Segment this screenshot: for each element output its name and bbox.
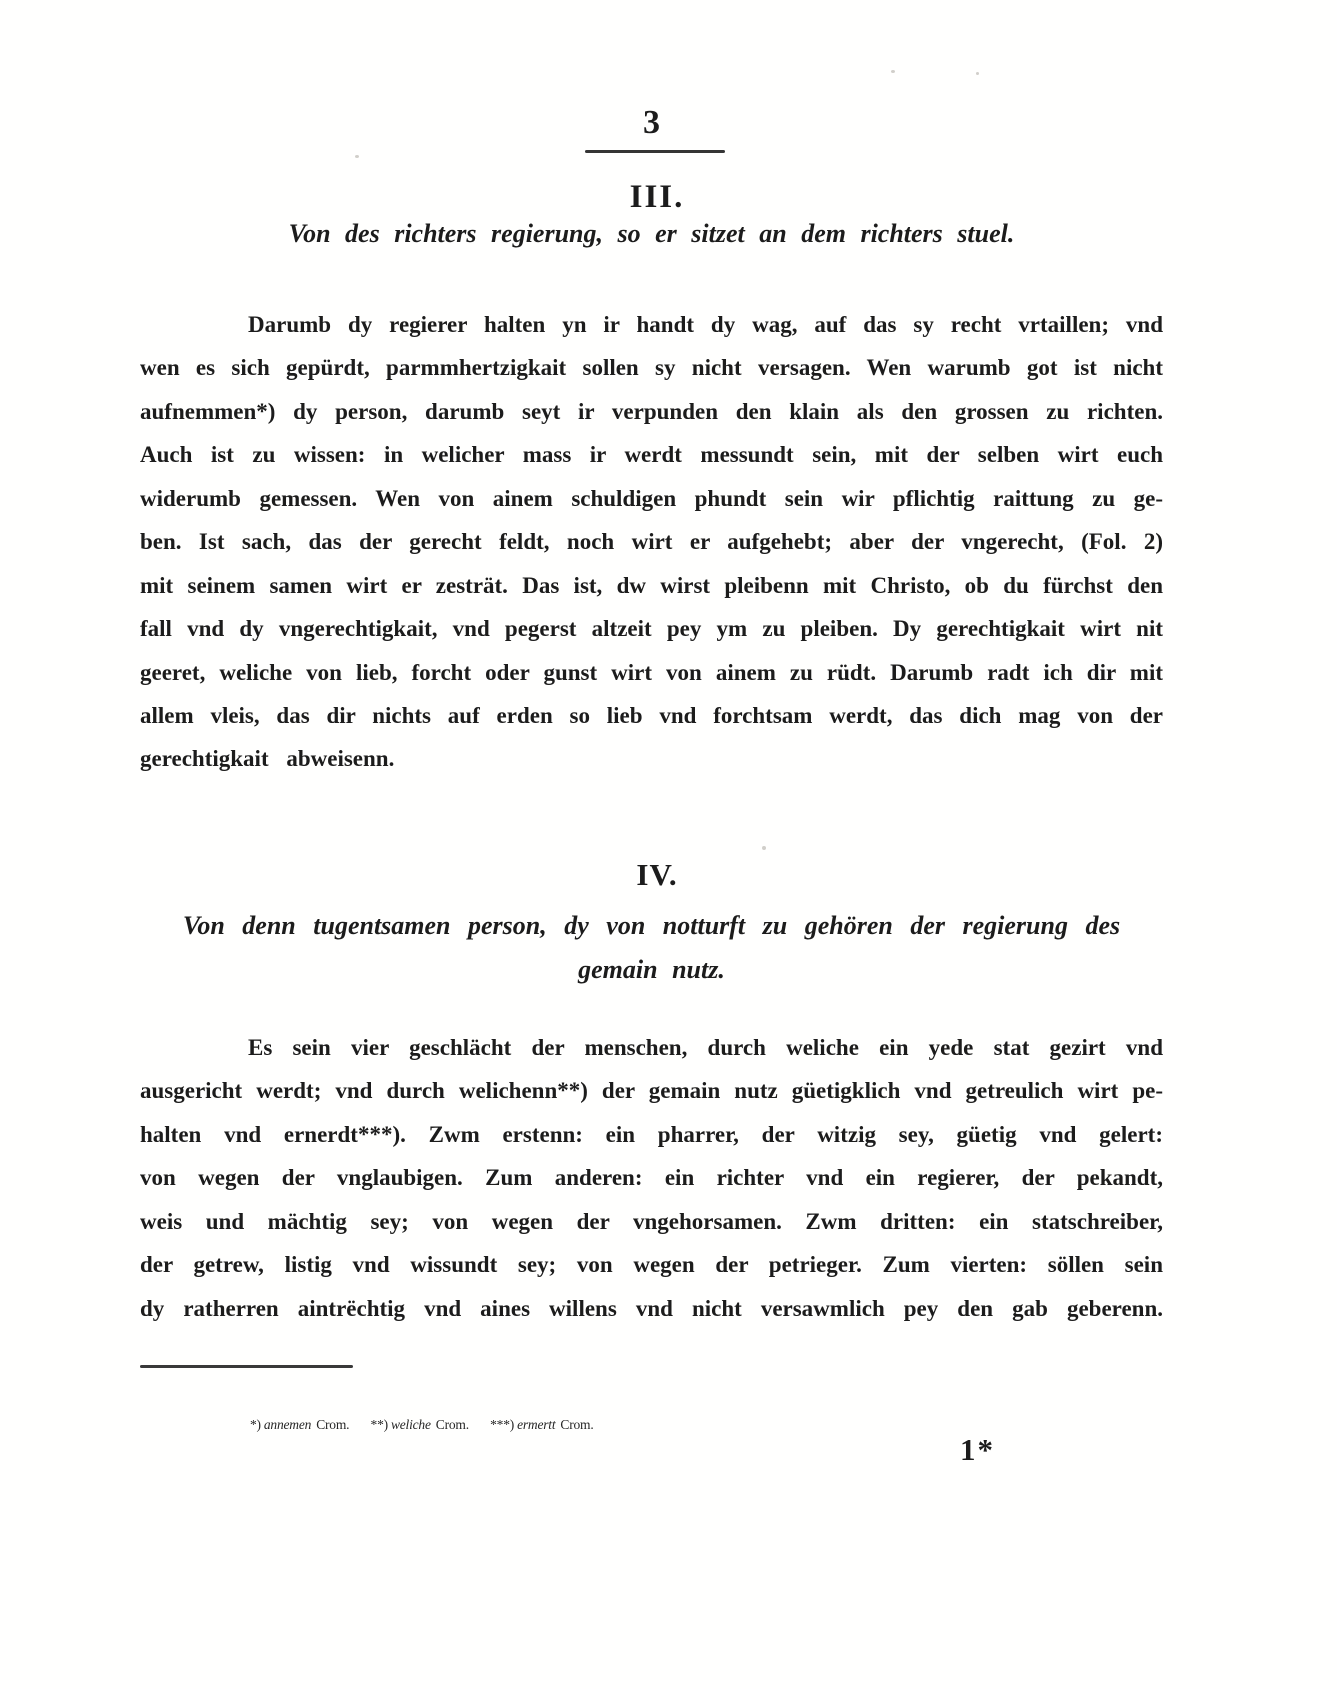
scan-speck <box>891 70 895 73</box>
text-line: Darumb dy regierer halten yn ir handt dy… <box>140 303 1163 346</box>
scan-speck <box>762 846 766 850</box>
scan-speck <box>355 155 359 158</box>
footnote-reading: annemen <box>264 1417 311 1432</box>
text-line: gerechtigkait abweisenn. <box>140 737 1163 780</box>
text-line: dy ratherren aintrëchtig vnd aines wille… <box>140 1287 1163 1330</box>
footnote-source: Crom. <box>436 1417 469 1432</box>
section-iv-title-line-2: gemain nutz. <box>140 955 1163 985</box>
footnote-entry: **)welicheCrom. <box>371 1417 469 1432</box>
footnote-reading: ermertt <box>517 1417 555 1432</box>
section-iii-numeral: III. <box>457 179 857 216</box>
footnote-source: Crom. <box>316 1417 349 1432</box>
text-line: weis und mächtig sey; von wegen der vnge… <box>140 1200 1163 1243</box>
sheet-signature: 1* <box>960 1432 995 1468</box>
book-page: 3 III. Von des richters regierung, so er… <box>0 0 1337 1689</box>
section-iv-numeral: IV. <box>457 857 857 893</box>
text-line: Es sein vier geschlächt der menschen, du… <box>140 1026 1163 1069</box>
text-line: ausgericht werdt; vnd durch welichenn**)… <box>140 1069 1163 1112</box>
text-line: geeret, weliche von lieb, forcht oder gu… <box>140 651 1163 694</box>
footnote-entry: *)annemenCrom. <box>250 1417 349 1432</box>
text-line: allem vleis, das dir nichts auf erden so… <box>140 694 1163 737</box>
text-line: halten vnd ernerdt***). Zwm erstenn: ein… <box>140 1113 1163 1156</box>
footnote-entry: ***)ermerttCrom. <box>490 1417 593 1432</box>
footnote-source: Crom. <box>560 1417 593 1432</box>
section-iii-title: Von des richters regierung, so er sitzet… <box>140 219 1163 249</box>
scan-speck <box>976 72 979 75</box>
page-number-rule <box>585 150 725 153</box>
section-iv-title-line-1: Von denn tugentsamen person, dy von nott… <box>140 911 1163 941</box>
footnote-reading: weliche <box>391 1417 431 1432</box>
text-line: ben. Ist sach, das der gerecht feldt, no… <box>140 520 1163 563</box>
text-line: aufnemmen*) dy person, darumb seyt ir ve… <box>140 390 1163 433</box>
footnote-marker: **) <box>371 1417 388 1432</box>
text-line: mit seinem samen wirt er zesträt. Das is… <box>140 564 1163 607</box>
footnote-marker: ***) <box>490 1417 514 1432</box>
footnote-marker: *) <box>250 1417 261 1432</box>
section-iv-paragraph: Es sein vier geschlächt der menschen, du… <box>140 1026 1163 1330</box>
text-line: Auch ist zu wissen: in welicher mass ir … <box>140 433 1163 476</box>
section-iii-paragraph: Darumb dy regierer halten yn ir handt dy… <box>140 303 1163 781</box>
page-number: 3 <box>452 104 852 142</box>
text-line: widerumb gemessen. Wen von ainem schuldi… <box>140 477 1163 520</box>
text-line: wen es sich gepürdt, parmmhertzigkait so… <box>140 346 1163 389</box>
text-line: fall vnd dy vngerechtigkait, vnd pegerst… <box>140 607 1163 650</box>
text-line: der getrew, listig vnd wissundt sey; von… <box>140 1243 1163 1286</box>
footnote: *)annemenCrom. **)welicheCrom. ***)ermer… <box>250 1417 850 1433</box>
text-line: von wegen der vnglaubigen. Zum anderen: … <box>140 1156 1163 1199</box>
footnote-rule <box>140 1365 353 1368</box>
